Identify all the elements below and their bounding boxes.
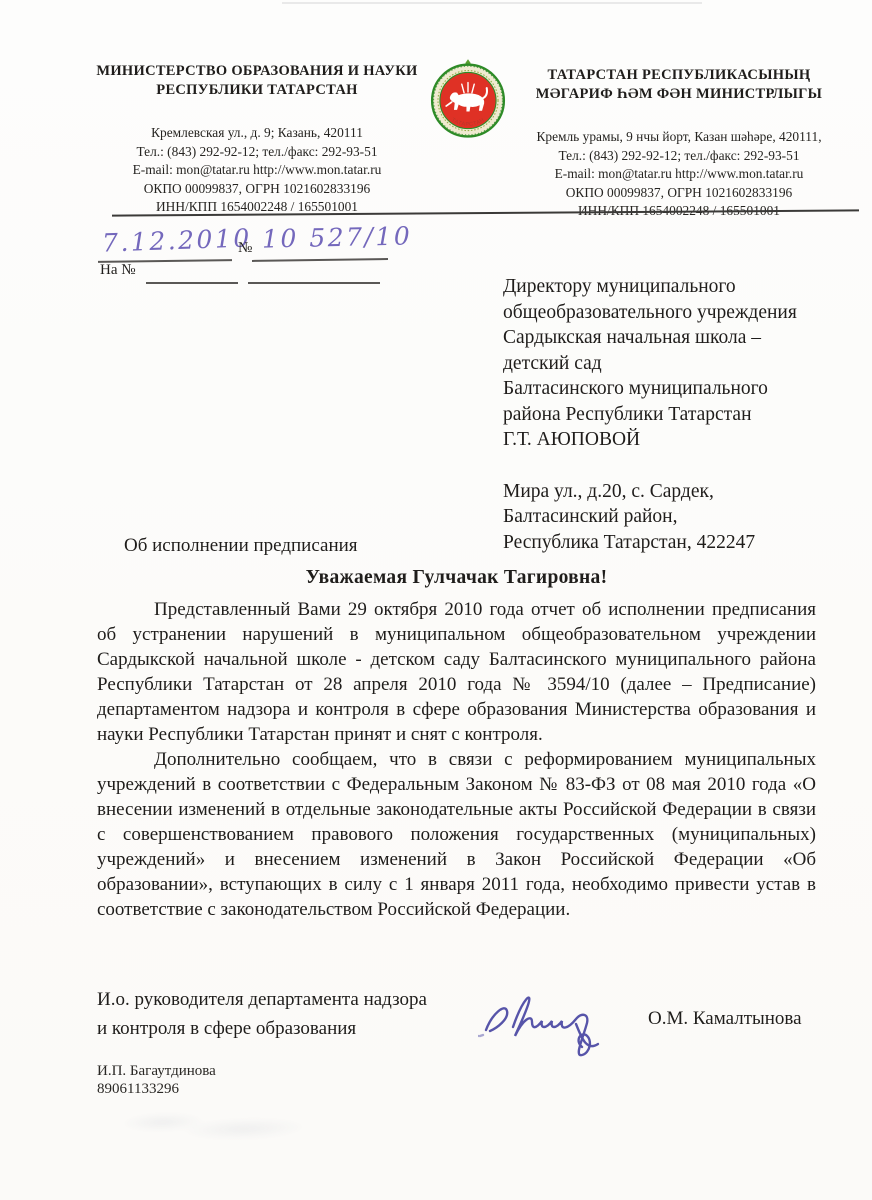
letterhead-right: ТАТАРСТАН РЕСПУБЛИКАСЫНЫҢ МӘГАРИФ ҺӘМ ФӘ… [512,66,846,221]
org-address-ru: Кремлевская ул., д. 9; Казань, 420111 [96,124,418,143]
recipient-line: общеобразовательного учреждения [503,300,823,326]
org-name-ru-line1: МИНИСТЕРСТВО ОБРАЗОВАНИЯ И НАУКИ [96,62,418,81]
signer-position-line1: И.о. руководителя департамента надзора [97,985,427,1014]
signer-position-line2: и контроля в сфере образования [97,1014,427,1043]
org-phone-ru: Тел.: (843) 292-92-12; тел./факс: 292-93… [96,143,418,162]
recipient-line: Директору муниципального [503,274,823,300]
body-paragraph-2: Дополнительно сообщаем, что в связи с ре… [97,747,816,922]
handwritten-date: 7.12.2010 [102,223,253,257]
executor-phone: 89061133296 [97,1081,216,1099]
org-okpo-ru: ОКПО 00099837, ОГРН 1021602833196 [96,180,418,199]
recipient-name: Г.Т. АЮПОВОЙ [503,427,823,453]
org-email-tt: E-mail: mon@tatar.ru http://www.mon.tata… [512,165,846,184]
org-okpo-tt: ОКПО 00099837, ОГРН 1021602833196 [512,184,846,203]
org-name-tt-line1: ТАТАРСТАН РЕСПУБЛИКАСЫНЫҢ [512,66,846,85]
salutation: Уважаемая Гулчачак Тагировна! [97,567,816,589]
org-phone-tt: Тел.: (843) 292-92-12; тел./факс: 292-93… [512,147,846,166]
scanned-letter-page: МИНИСТЕРСТВО ОБРАЗОВАНИЯ И НАУКИ РЕСПУБЛ… [0,0,872,1200]
recipient-block: Директору муниципального общеобразовател… [503,274,823,555]
handwritten-outgoing-number: 10 527/10 [262,221,413,253]
executor-block: И.П. Багаутдинова 89061133296 [97,1063,216,1098]
reply-number-underline [146,282,238,284]
body-paragraph-1: Представленный Вами 29 октября 2010 года… [97,597,816,747]
signer-position: И.о. руководителя департамента надзора и… [97,985,427,1043]
org-address-tt: Кремль урамы, 9 нчы йорт, Казан шәһәре, … [512,128,846,147]
recipient-address-line: Республика Татарстан, 422247 [503,530,823,556]
recipient-line: Сардыкская начальная школа – [503,325,823,351]
signer-name: О.М. Камалтынова [648,1008,802,1030]
org-name-ru-line2: РЕСПУБЛИКИ ТАТАРСТАН [96,81,418,100]
letter-body: Представленный Вами 29 октября 2010 года… [97,597,816,922]
subject-line: Об исполнении предписания [124,535,358,557]
reply-date-underline [248,282,380,284]
number-sign-label: № [238,240,252,257]
scan-scratch-artifact [282,2,702,4]
number-underline [252,258,388,261]
handwritten-signature [478,978,656,1070]
recipient-address-line: Мира ул., д.20, с. Сардек, [503,479,823,505]
org-email-ru: E-mail: mon@tatar.ru http://www.mon.tata… [96,161,418,180]
reply-to-label: На № [100,262,136,279]
org-name-tt-line2: МӘГАРИФ ҺӘМ ФӘН МИНИСТРЛЫГЫ [512,85,846,104]
recipient-address: Мира ул., д.20, с. Сардек, Балтасинский … [503,479,823,556]
recipient-line: детский сад [503,351,823,377]
bleed-through-artifact [54,1097,326,1154]
recipient-line: района Республики Татарстан [503,402,823,428]
tatarstan-coat-of-arms-icon: ТАТАРСТАН [429,58,507,142]
letterhead-left: МИНИСТЕРСТВО ОБРАЗОВАНИЯ И НАУКИ РЕСПУБЛ… [96,62,418,217]
recipient-address-line: Балтасинский район, [503,504,823,530]
executor-name: И.П. Багаутдинова [97,1063,216,1081]
recipient-line: Балтасинского муниципального [503,376,823,402]
